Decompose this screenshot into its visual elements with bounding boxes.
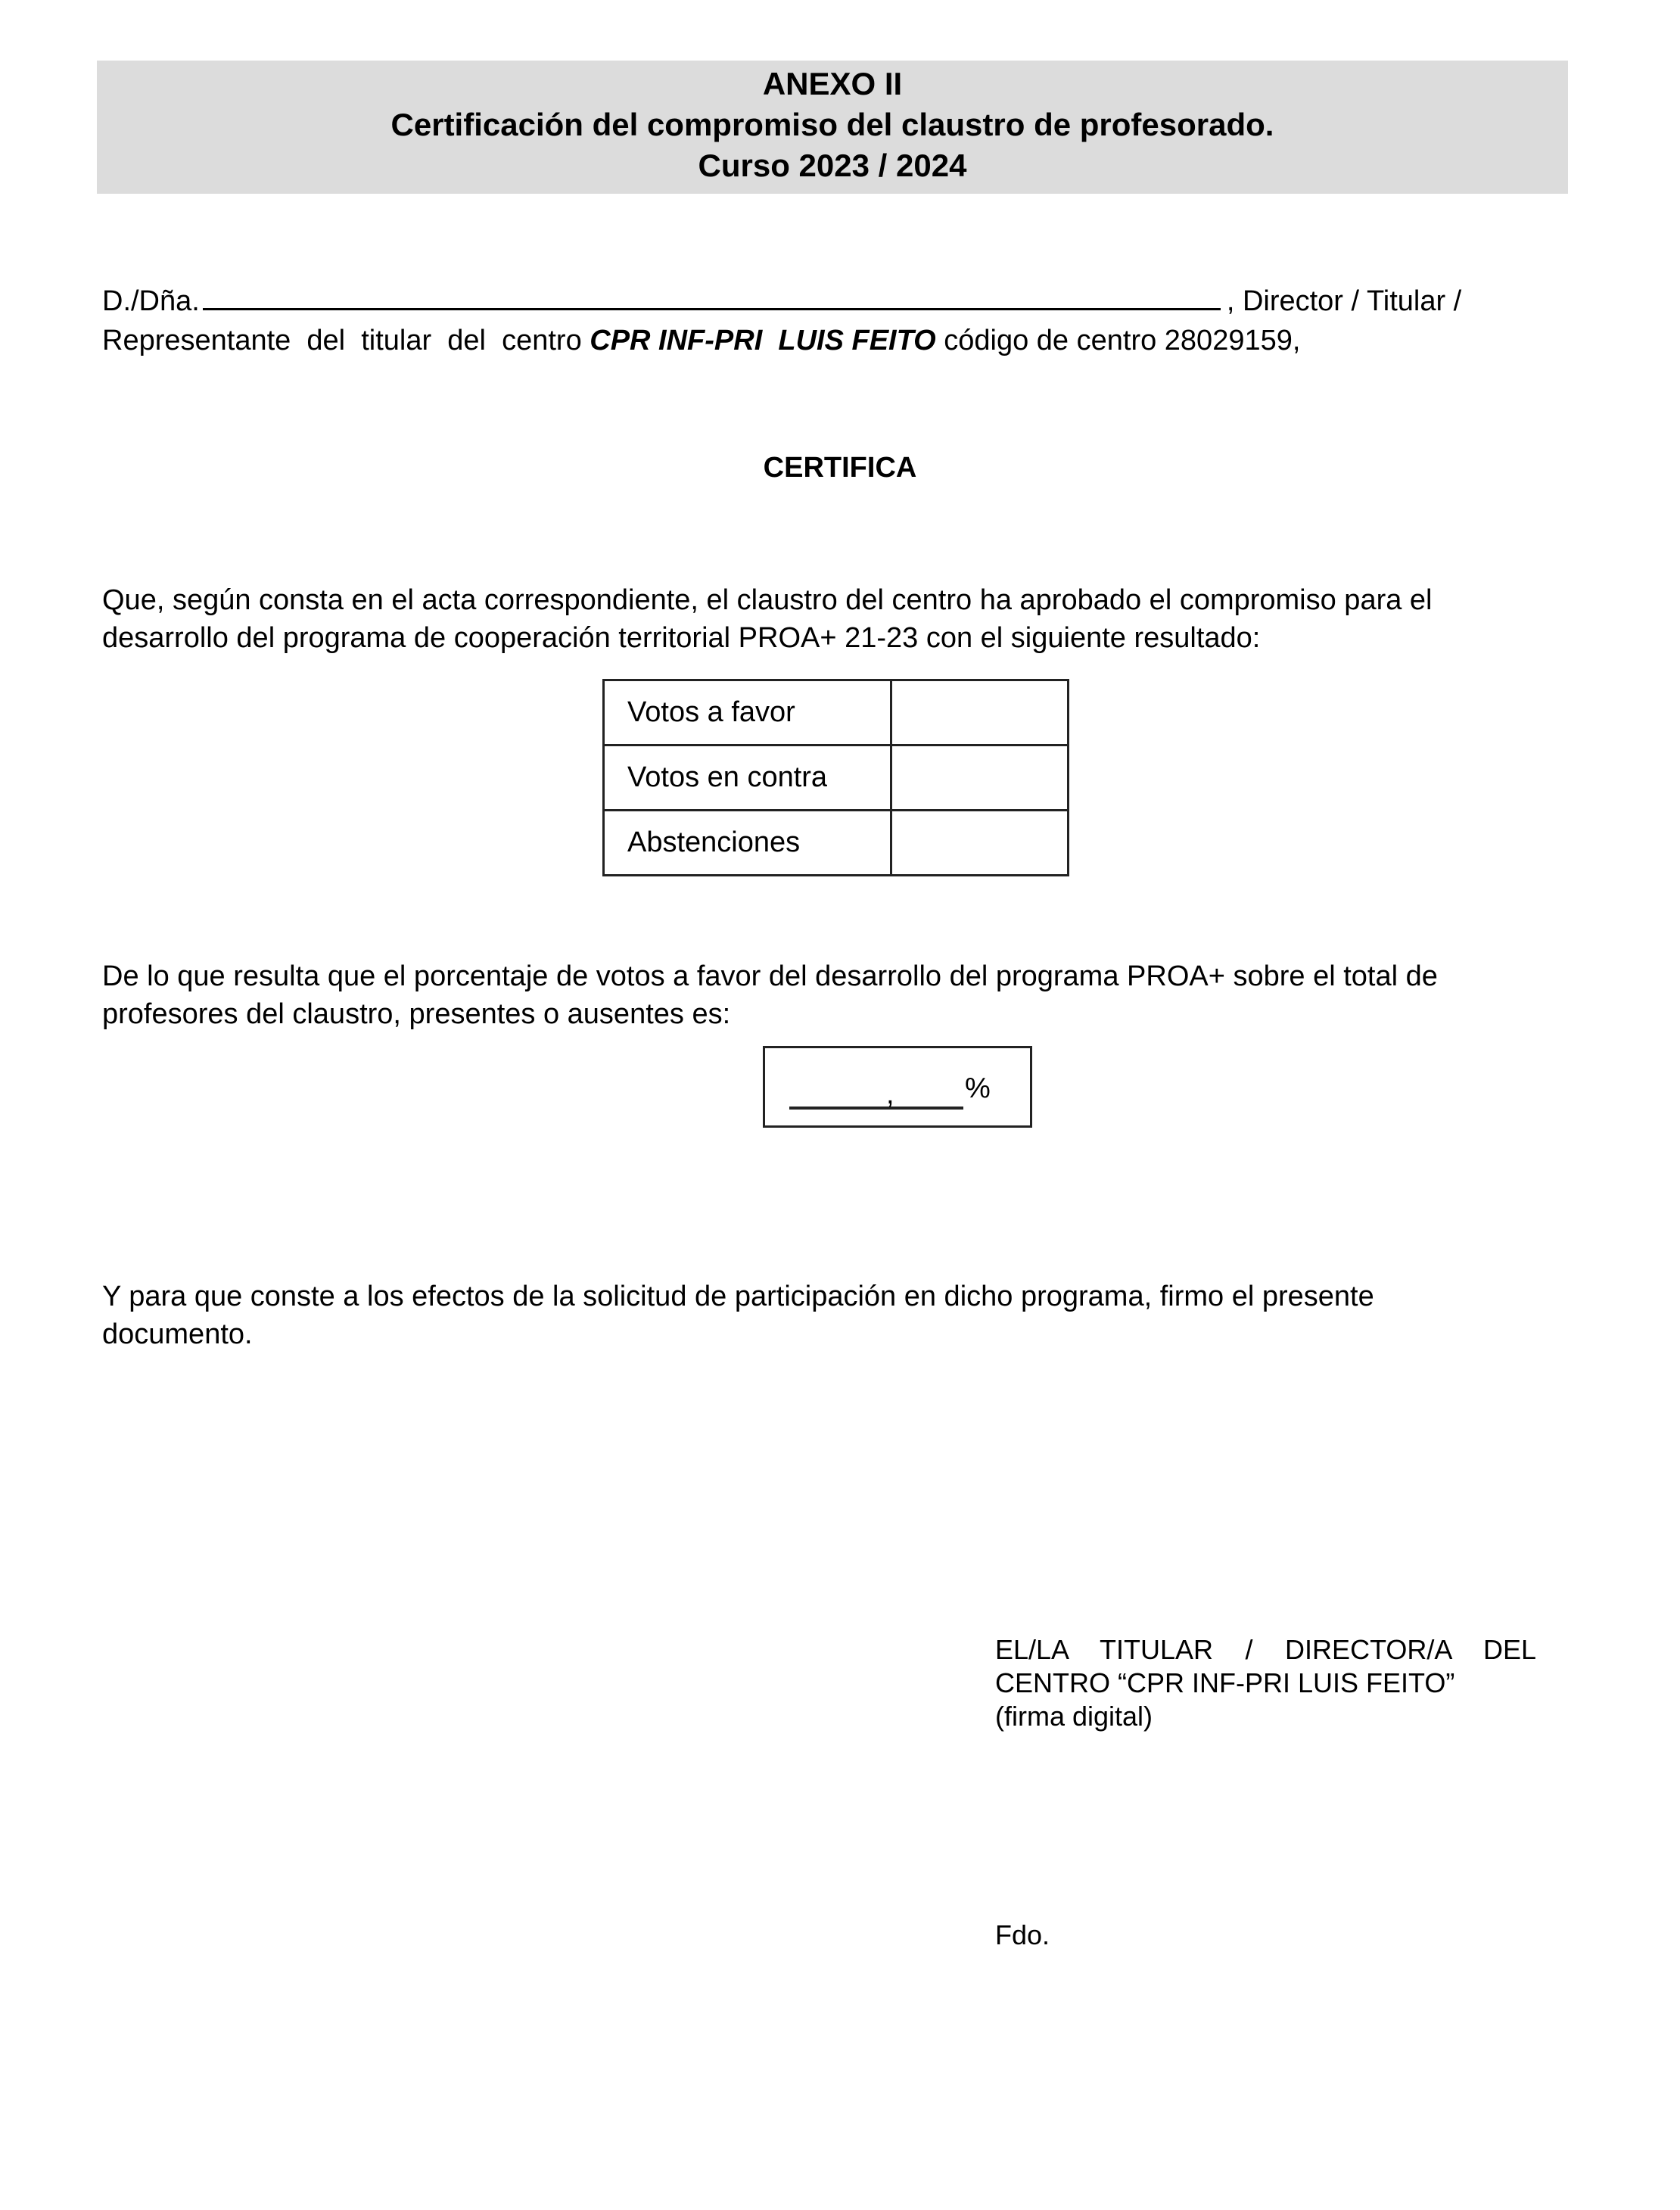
centro-name: CPR INF-PRI LUIS FEITO	[590, 325, 935, 356]
percentage-blank-line	[789, 1107, 963, 1110]
document-title: Certificación del compromiso del claustr…	[97, 104, 1568, 145]
votes-favor-label: Votos a favor	[604, 680, 891, 745]
name-field[interactable]	[203, 282, 1221, 310]
closing-line1: Y para que conste a los efectos de la so…	[102, 1278, 1540, 1315]
title-prefix: D./Dña.	[102, 285, 200, 317]
abstentions-field[interactable]	[891, 811, 1069, 876]
signature-role-line2: CENTRO “CPR INF-PRI LUIS FEITO”	[995, 1667, 1536, 1700]
intro-line-2: Representante del titular del centro CPR…	[102, 322, 1540, 360]
signature-fdo: Fdo.	[995, 1919, 1536, 1952]
paragraph-result-line1: Que, según consta en el acta correspondi…	[102, 581, 1540, 619]
annex-title: ANEXO II	[97, 64, 1568, 104]
intro-line-1: D./Dña., Director / Titular /	[102, 282, 1540, 320]
votes-against-label: Votos en contra	[604, 745, 891, 811]
votes-favor-field[interactable]	[891, 680, 1069, 745]
percent-sign: %	[965, 1072, 991, 1105]
closing-line2: documento.	[102, 1315, 1540, 1353]
table-row: Votos a favor	[604, 680, 1069, 745]
paragraph-percentage-line1: De lo que resulta que el porcentaje de v…	[102, 957, 1540, 995]
course-year: Curso 2023 / 2024	[97, 145, 1568, 186]
paragraph-percentage-line2: profesores del claustro, presentes o aus…	[102, 995, 1540, 1033]
table-row: Votos en contra	[604, 745, 1069, 811]
percentage-box[interactable]: , %	[763, 1046, 1032, 1128]
abstentions-label: Abstenciones	[604, 811, 891, 876]
role-suffix: , Director / Titular /	[1227, 285, 1461, 317]
table-row: Abstenciones	[604, 811, 1069, 876]
signature-role-line1: EL/LA TITULAR / DIRECTOR/A DEL	[995, 1633, 1536, 1667]
certifica-heading: CERTIFICA	[0, 452, 1680, 484]
document-header: ANEXO II Certificación del compromiso de…	[97, 61, 1568, 194]
paragraph-result-line2: desarrollo del programa de cooperación t…	[102, 619, 1540, 657]
decimal-comma: ,	[886, 1079, 894, 1111]
votes-against-field[interactable]	[891, 745, 1069, 811]
signature-note: (firma digital)	[995, 1700, 1536, 1733]
votes-table: Votos a favor Votos en contra Abstencion…	[602, 679, 1069, 876]
